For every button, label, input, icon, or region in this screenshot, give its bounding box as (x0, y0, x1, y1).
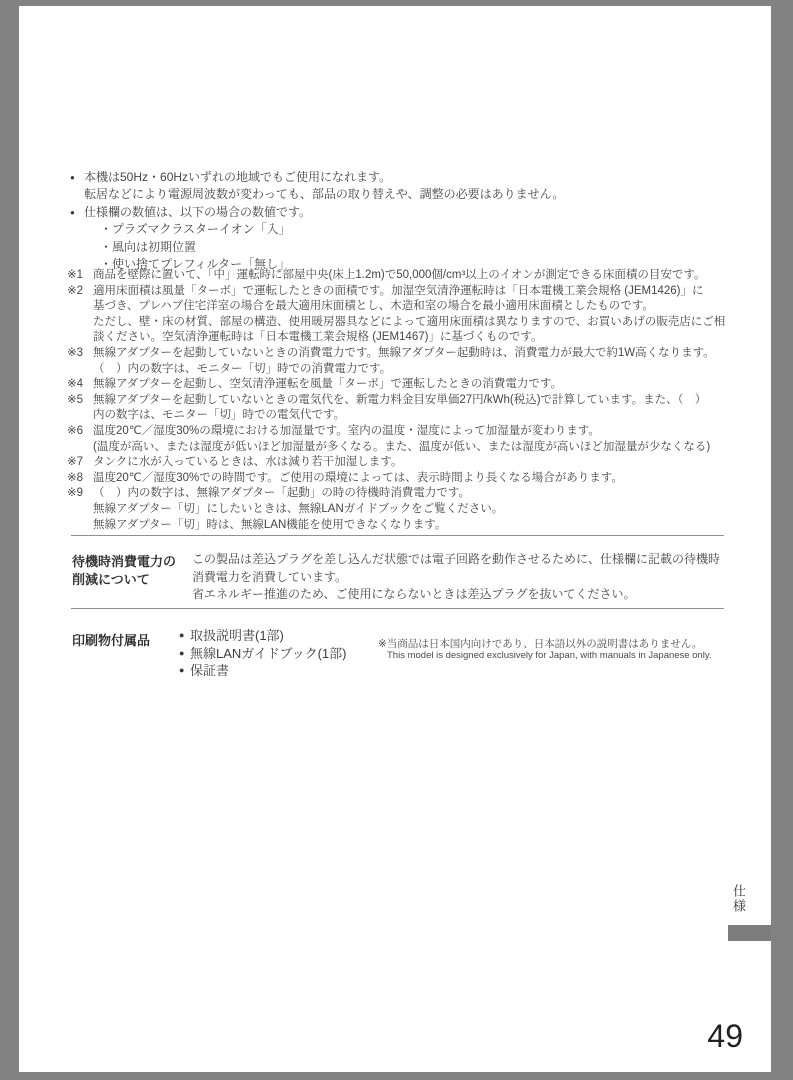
standby-section-body: この製品は差込プラグを差し込んだ状態では電子回路を動作させるために、仕様欄に記載… (192, 551, 720, 604)
footnote-text: タンクに水が入っているときは、水は減り若干加湿します。 (93, 455, 402, 471)
footnote-text: 無線アダプターを起動し、空気清浄運転を風量「ターボ」で運転したときの消費電力です… (93, 377, 562, 393)
footnote-marker: ※7 (67, 455, 93, 471)
japan-only-note-ja: ※当商品は日本国内向けであり、日本語以外の説明書はありません。 (378, 636, 702, 651)
printed-item: ● 無線LANガイドブック(1部) (179, 645, 347, 663)
horizontal-rule (71, 608, 724, 609)
footnote-text: 無線アダプターを起動していないときの電気代を、新電力料金目安単価27円/kWh(… (93, 393, 706, 424)
intro-conditions: ・プラズマクラスターイオン「入」 ・風向は初期位置 ・使い捨てプレフィルター「無… (100, 221, 564, 273)
bullet-icon: ● (179, 645, 190, 663)
intro-bullet: ● 本機は50Hz・60Hzいずれの地域でもご使用になれます。 転居などにより電… (70, 169, 564, 204)
footnote-row: ※7 タンクに水が入っているときは、水は減り若干加湿します。 (67, 455, 725, 471)
bullet-icon: ● (70, 204, 84, 221)
printed-accessories-list: ● 取扱説明書(1部) ● 無線LANガイドブック(1部) ● 保証書 (179, 627, 347, 680)
intro-bullet: ● 仕様欄の数値は、以下の場合の数値です。 (70, 204, 564, 221)
chapter-tab-label: 仕様 (729, 884, 748, 914)
footnote-marker: ※6 (67, 424, 93, 455)
footnote-text: 温度20℃／湿度30%での時間です。ご使用の環境によっては、表示時間より長くなる… (93, 471, 623, 487)
printed-item-label: 保証書 (190, 662, 229, 680)
footnote-text: 温度20℃／湿度30%の環境における加湿量です。室内の温度・湿度によって加湿量が… (93, 424, 710, 455)
intro-bullet-text: 本機は50Hz・60Hzいずれの地域でもご使用になれます。 転居などにより電源周… (84, 169, 564, 204)
footnote-marker: ※9 (67, 486, 93, 533)
intro-section: ● 本機は50Hz・60Hzいずれの地域でもご使用になれます。 転居などにより電… (70, 169, 564, 273)
bullet-icon: ● (70, 169, 84, 204)
footnote-row: ※9 （ ）内の数字は、無線アダプター「起動」の時の待機時消費電力です。 無線ア… (67, 486, 725, 533)
printed-item: ● 取扱説明書(1部) (179, 627, 347, 645)
footnote-marker: ※4 (67, 377, 93, 393)
page-number: 49 (623, 1020, 743, 1052)
footnote-row: ※5 無線アダプターを起動していないときの電気代を、新電力料金目安単価27円/k… (67, 393, 725, 424)
footnote-marker: ※3 (67, 346, 93, 377)
footnote-row: ※6 温度20℃／湿度30%の環境における加湿量です。室内の温度・湿度によって加… (67, 424, 725, 455)
footnote-row: ※2 適用床面積は風量「ターボ」で運転したときの面積です。加湿空気清浄運転時は「… (67, 284, 725, 346)
footnote-text: （ ）内の数字は、無線アダプター「起動」の時の待機時消費電力です。 無線アダプタ… (93, 486, 503, 533)
footnote-marker: ※1 (67, 268, 93, 284)
footnote-text: 商品を壁際に置いて、「中」運転時に部屋中央(床上1.2m)で50,000個/cm… (93, 268, 706, 284)
bullet-icon: ● (179, 627, 190, 645)
manual-page: ● 本機は50Hz・60Hzいずれの地域でもご使用になれます。 転居などにより電… (19, 6, 771, 1072)
footnote-row: ※4 無線アダプターを起動し、空気清浄運転を風量「ターボ」で運転したときの消費電… (67, 377, 725, 393)
printed-item: ● 保証書 (179, 662, 347, 680)
printed-item-label: 取扱説明書(1部) (190, 627, 284, 645)
footnote-marker: ※2 (67, 284, 93, 346)
footnote-text: 適用床面積は風量「ターボ」で運転したときの面積です。加湿空気清浄運転時は「日本電… (93, 284, 725, 346)
printed-accessories-heading: 印刷物付属品 (72, 630, 150, 649)
footnote-row: ※1 商品を壁際に置いて、「中」運転時に部屋中央(床上1.2m)で50,000個… (67, 268, 725, 284)
chapter-tab-marker (728, 925, 771, 941)
horizontal-rule (71, 535, 724, 536)
japan-only-note-en: This model is designed exclusively for J… (387, 650, 712, 661)
footnote-marker: ※5 (67, 393, 93, 424)
footnote-row: ※8 温度20℃／湿度30%での時間です。ご使用の環境によっては、表示時間より長… (67, 471, 725, 487)
footnote-text: 無線アダプターを起動していないときの消費電力です。無線アダプター起動時は、消費電… (93, 346, 715, 377)
footnotes-section: ※1 商品を壁際に置いて、「中」運転時に部屋中央(床上1.2m)で50,000個… (67, 268, 725, 533)
standby-section-heading: 待機時消費電力の 削減について (72, 553, 176, 588)
footnote-row: ※3 無線アダプターを起動していないときの消費電力です。無線アダプター起動時は、… (67, 346, 725, 377)
printed-item-label: 無線LANガイドブック(1部) (190, 645, 347, 663)
footnote-marker: ※8 (67, 471, 93, 487)
intro-bullet-text: 仕様欄の数値は、以下の場合の数値です。 (84, 204, 311, 221)
bullet-icon: ● (179, 662, 190, 680)
